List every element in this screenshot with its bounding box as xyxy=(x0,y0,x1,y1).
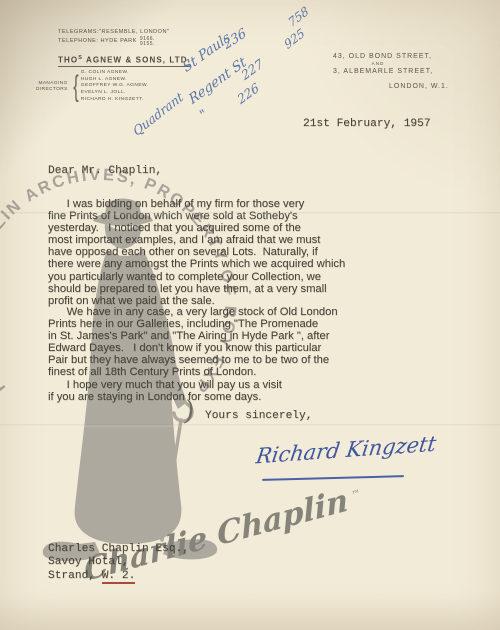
director-name: RICHARD H. KINGZETT. xyxy=(81,97,149,104)
telephone-numbers: 9166. 9155. xyxy=(140,37,155,47)
managing-label-line2: DIRECTORS xyxy=(36,87,68,93)
telephone-line: TELEPHONE: HYDE PARK 9166. 9155. xyxy=(58,37,191,47)
address-line-2: 3, ALBEMARLE STREET, xyxy=(333,68,483,75)
telephone-label: TELEPHONE: HYDE PARK xyxy=(58,38,137,46)
trademark-symbol: ™ xyxy=(351,488,361,500)
recipient-street: Strand, W. 2. xyxy=(48,570,189,583)
salutation: Dear Mr. Chaplin, xyxy=(48,165,162,177)
directors-list: G. COLIN AGNEW. HUGH L. AGNEW. GEOFFREY … xyxy=(81,70,149,103)
managing-label-line1: MANAGING xyxy=(36,81,68,87)
paragraph-2: We have in any case, a very large stock … xyxy=(48,306,338,379)
recipient-address: Charles Chaplin Esq., Savoy Hotal, Stran… xyxy=(48,543,189,583)
director-name: G. COLIN AGNEW. xyxy=(81,70,149,77)
closing-line: Yours sincerely, xyxy=(205,410,312,422)
paragraph-3: I hope very much that you will pay us a … xyxy=(48,379,282,403)
address-city: LONDON, W.1. xyxy=(389,83,483,90)
address-and: AND xyxy=(333,60,423,67)
company-name-prefix: THO xyxy=(58,55,78,64)
recipient-hotel: Savoy Hotal, xyxy=(48,556,189,569)
letterhead-address: 43, OLD BOND STREET, AND 3, ALBEMARLE ST… xyxy=(333,53,483,90)
telegrams-line: TELEGRAMS:"RESEMBLE, LONDON" xyxy=(58,29,191,37)
letterhead-left: TELEGRAMS:"RESEMBLE, LONDON" TELEPHONE: … xyxy=(58,29,191,103)
recipient-name: Charles Chaplin Esq., xyxy=(48,543,189,556)
telephone-number-2: 9155. xyxy=(140,42,155,47)
brace-glyph: { xyxy=(73,72,79,102)
recipient-street-prefix: Strand, xyxy=(48,570,102,582)
address-line-1: 43, OLD BOND STREET, xyxy=(333,53,483,60)
director-name: EVELYN L. JOLL. xyxy=(81,90,149,97)
scanned-letter: FROM THE CHAPLIN ARCHIVES, PROPERTY OF R… xyxy=(0,0,500,630)
paragraph-1: I was bidding on behalf of my firm for t… xyxy=(48,198,345,307)
recipient-postal-district: W. 2. xyxy=(102,570,136,584)
letter-date: 21st February, 1957 xyxy=(303,118,431,130)
company-name-rest: AGNEW & SONS, LTD. xyxy=(83,55,191,64)
managing-directors-label: MANAGING DIRECTORS xyxy=(36,81,68,93)
company-name: THOS AGNEW & SONS, LTD. xyxy=(58,55,191,68)
director-name: GEOFFREY W.G. AGNEW. xyxy=(81,83,149,90)
